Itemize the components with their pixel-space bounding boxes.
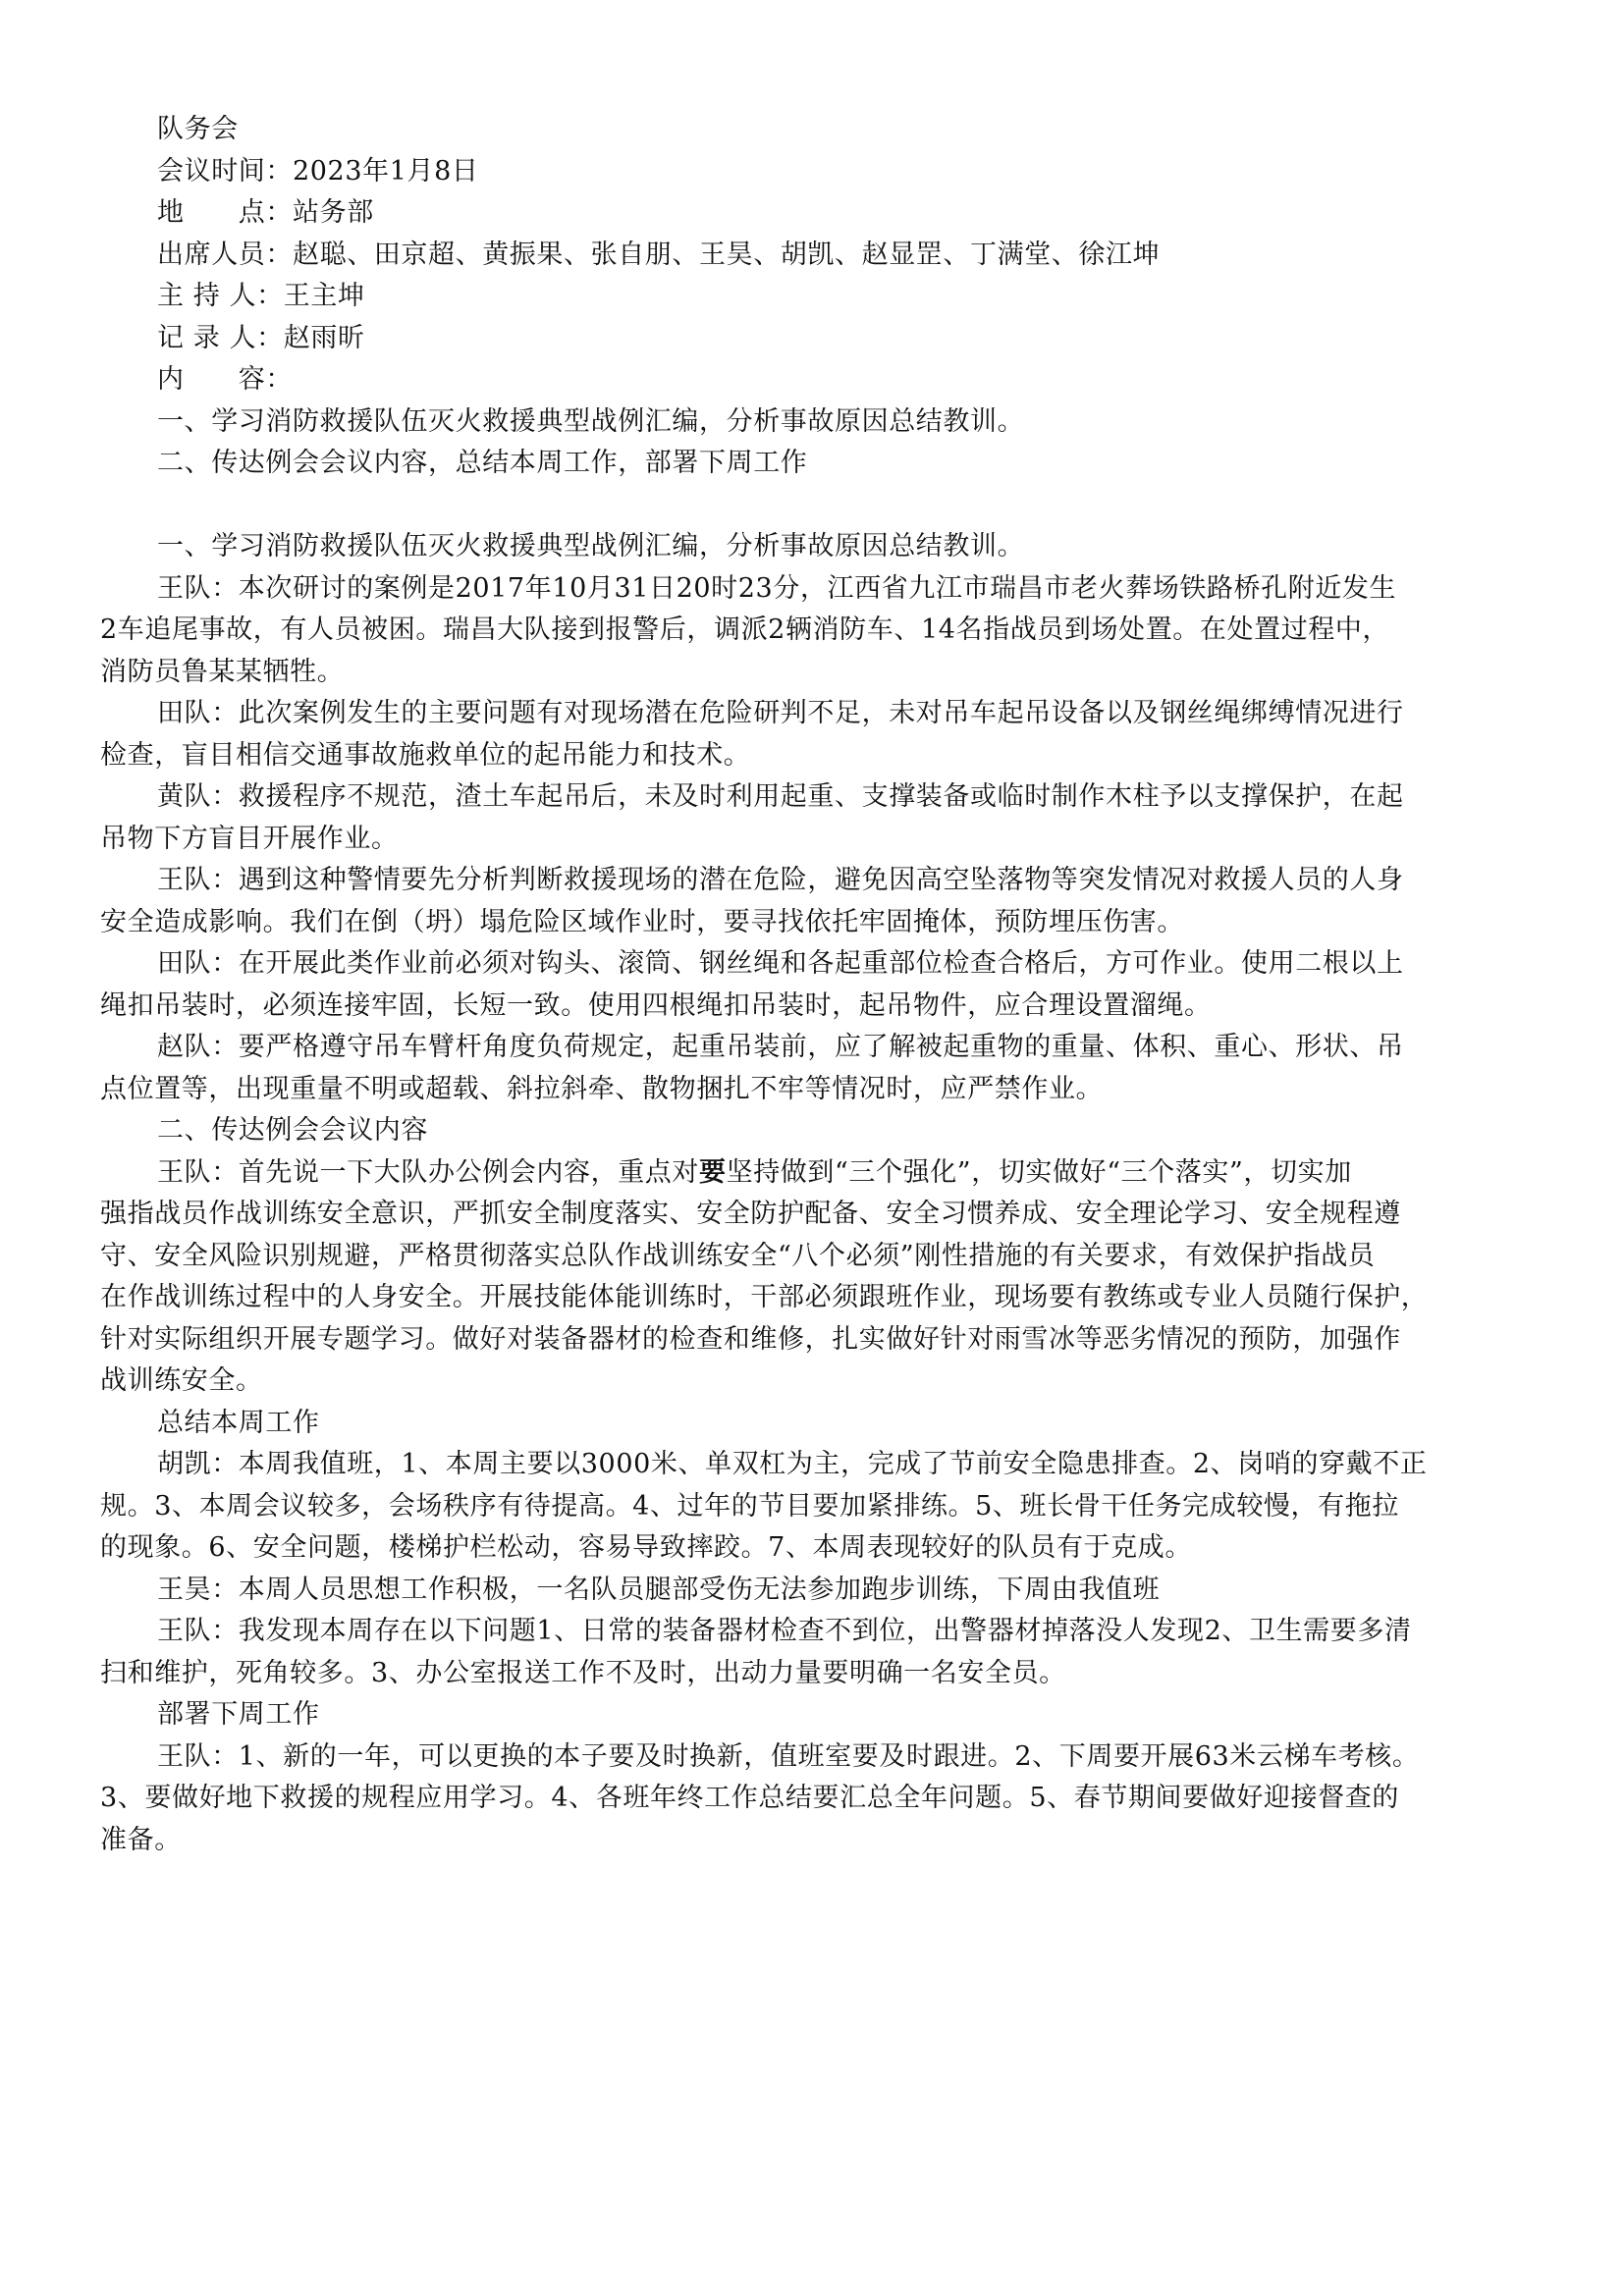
meeting-recorder: 记 录 人：赵雨昕 [100, 318, 1494, 360]
document-title: 队务会 [100, 109, 1494, 151]
text-line: 3、要做好地下救援的规程应用学习。4、各班年终工作总结要汇总全年问题。5、春节期… [100, 1778, 1494, 1820]
text-line: 安全造成影响。我们在倒（坍）塌危险区域作业时，要寻找依托牢固掩体，预防埋压伤害。 [100, 902, 1494, 944]
text-line: 王队：本次研讨的案例是2017年10月31日20时23分，江西省九江市瑞昌市老火… [100, 568, 1494, 611]
text-line: 针对实际组织开展专题学习。做好对装备器材的检查和维修，扎实做好针对雨雪冰等恶劣情… [100, 1319, 1494, 1362]
text-line: 王队：我发现本周存在以下问题1、日常的装备器材检查不到位，出警器材掉落没人发现2… [100, 1611, 1494, 1653]
emphasized-char: 要 [699, 1157, 727, 1188]
discussion-paragraph: 赵队：要严格遵守吊车臂杆角度负荷规定，起重吊装前，应了解被起重物的重量、体积、重… [100, 1027, 1494, 1110]
summary-paragraph: 王昊：本周人员思想工作积极，一名队员腿部受伤无法参加跑步训练，下周由我值班 [100, 1570, 1494, 1612]
text-line: 田队：在开展此类作业前必须对钩头、滚筒、钢丝绳和各起重部位检查合格后，方可作业。… [100, 943, 1494, 986]
meeting-attendees: 出席人员：赵聪、田京超、黄振果、张自朋、王昊、胡凯、赵显罡、丁满堂、徐江坤 [100, 235, 1494, 277]
discussion-paragraph: 田队：在开展此类作业前必须对钩头、滚筒、钢丝绳和各起重部位检查合格后，方可作业。… [100, 943, 1494, 1027]
section-heading: 一、学习消防救援队伍灭火救援典型战例汇编，分析事故原因总结教训。 [100, 526, 1494, 568]
text-line: 的现象。6、安全问题，楼梯护栏松动，容易导致摔跤。7、本周表现较好的队员有于克成… [100, 1527, 1494, 1570]
text-line: 战训练安全。 [100, 1361, 1494, 1403]
document-page: 队务会 会议时间：2023年1月8日 地 点：站务部 出席人员：赵聪、田京超、黄… [100, 109, 1494, 1861]
discussion-paragraph: 王队：本次研讨的案例是2017年10月31日20时23分，江西省九江市瑞昌市老火… [100, 568, 1494, 694]
text-line: 强指战员作战训练安全意识，严抓安全制度落实、安全防护配备、安全习惯养成、安全理论… [100, 1194, 1494, 1236]
text-line: 守、安全风险识别规避，严格贯彻落实总队作战训练安全“八个必须”刚性措施的有关要求… [100, 1236, 1494, 1278]
spacer [100, 485, 1494, 527]
text-line: 吊物下方盲目开展作业。 [100, 819, 1494, 861]
text-line: 在作战训练过程中的人身安全。开展技能体能训练时，干部必须跟班作业，现场要有教练或… [100, 1277, 1494, 1319]
text-line: 点位置等，出现重量不明或超载、斜拉斜牵、散物捆扎不牢等情况时，应严禁作业。 [100, 1069, 1494, 1111]
section-heading: 二、传达例会会议内容 [100, 1110, 1494, 1152]
subsection-heading: 部署下周工作 [100, 1694, 1494, 1736]
text-span: 坚持做到“三个强化”，切实做好“三个落实”，切实加 [727, 1157, 1352, 1188]
content-label: 内 容： [100, 359, 1494, 401]
report-paragraph: 王队：首先说一下大队办公例会内容，重点对要坚持做到“三个强化”，切实做好“三个落… [100, 1152, 1494, 1403]
text-line: 田队：此次案例发生的主要问题有对现场潜在危险研判不足，未对吊车起吊设备以及钢丝绳… [100, 693, 1494, 735]
meeting-host: 主 持 人：王主坤 [100, 276, 1494, 318]
text-line: 规。3、本周会议较多，会场秩序有待提高。4、过年的节目要加紧排练。5、班长骨干任… [100, 1486, 1494, 1528]
text-line: 准备。 [100, 1820, 1494, 1862]
discussion-paragraph: 田队：此次案例发生的主要问题有对现场潜在危险研判不足，未对吊车起吊设备以及钢丝绳… [100, 693, 1494, 776]
meeting-location: 地 点：站务部 [100, 192, 1494, 235]
summary-paragraph: 王队：我发现本周存在以下问题1、日常的装备器材检查不到位，出警器材掉落没人发现2… [100, 1611, 1494, 1694]
text-line: 赵队：要严格遵守吊车臂杆角度负荷规定，起重吊装前，应了解被起重物的重量、体积、重… [100, 1027, 1494, 1069]
text-line: 王队：1、新的一年，可以更换的本子要及时换新，值班室要及时跟进。2、下周要开展6… [100, 1736, 1494, 1779]
text-line: 绳扣吊装时，必须连接牢固，长短一致。使用四根绳扣吊装时，起吊物件，应合理设置溜绳… [100, 986, 1494, 1028]
text-line: 扫和维护，死角较多。3、办公室报送工作不及时，出动力量要明确一名安全员。 [100, 1653, 1494, 1695]
text-line: 王队：遇到这种警情要先分析判断救援现场的潜在危险，避免因高空坠落物等突发情况对救… [100, 860, 1494, 902]
discussion-paragraph: 黄队：救援程序不规范，渣土车起吊后，未及时利用起重、支撑装备或临时制作木柱予以支… [100, 776, 1494, 860]
text-line: 王队：首先说一下大队办公例会内容，重点对要坚持做到“三个强化”，切实做好“三个落… [100, 1152, 1494, 1195]
text-span: 王队：首先说一下大队办公例会内容，重点对 [157, 1157, 699, 1188]
text-line: 胡凯：本周我值班，1、本周主要以3000米、单双杠为主，完成了节前安全隐患排查。… [100, 1444, 1494, 1486]
subsection-heading: 总结本周工作 [100, 1403, 1494, 1445]
text-line: 王昊：本周人员思想工作积极，一名队员腿部受伤无法参加跑步训练，下周由我值班 [100, 1570, 1494, 1612]
discussion-paragraph: 王队：遇到这种警情要先分析判断救援现场的潜在危险，避免因高空坠落物等突发情况对救… [100, 860, 1494, 943]
plan-paragraph: 王队：1、新的一年，可以更换的本子要及时换新，值班室要及时跟进。2、下周要开展6… [100, 1736, 1494, 1862]
agenda-item: 一、学习消防救援队伍灭火救援典型战例汇编，分析事故原因总结教训。 [100, 401, 1494, 444]
meeting-time: 会议时间：2023年1月8日 [100, 151, 1494, 193]
agenda-item: 二、传达例会会议内容，总结本周工作，部署下周工作 [100, 443, 1494, 485]
text-line: 2车追尾事故，有人员被困。瑞昌大队接到报警后，调派2辆消防车、14名指战员到场处… [100, 610, 1494, 652]
text-line: 消防员鲁某某牺牲。 [100, 652, 1494, 694]
text-line: 黄队：救援程序不规范，渣土车起吊后，未及时利用起重、支撑装备或临时制作木柱予以支… [100, 776, 1494, 819]
summary-paragraph: 胡凯：本周我值班，1、本周主要以3000米、单双杠为主，完成了节前安全隐患排查。… [100, 1444, 1494, 1570]
text-line: 检查，盲目相信交通事故施救单位的起吊能力和技术。 [100, 735, 1494, 777]
